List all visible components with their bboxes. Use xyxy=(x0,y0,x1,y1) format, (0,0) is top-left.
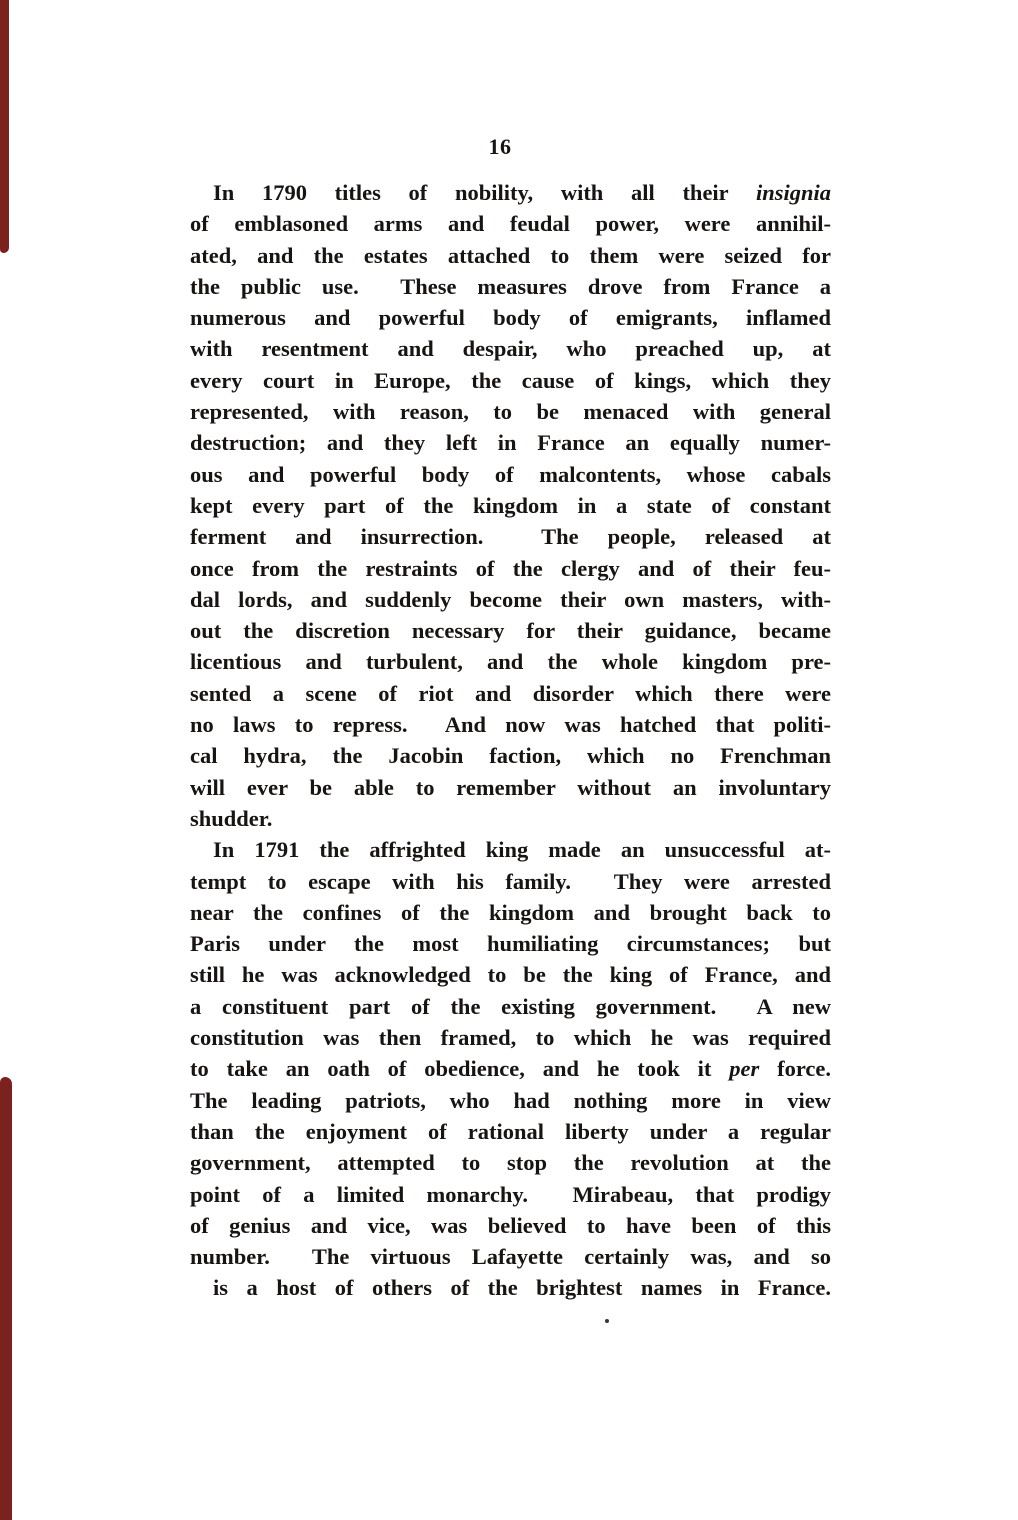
scan-edge-artifact-bottom xyxy=(0,1077,12,1520)
text-line: is a host of others of the brightest nam… xyxy=(190,1272,831,1303)
page-text: In 1790 titles of nobility, with all the… xyxy=(190,177,831,1304)
text-line: number. The virtuous Lafayette certainly… xyxy=(190,1241,831,1272)
page-number: 16 xyxy=(180,134,820,160)
text-line: of genius and vice, was believed to have… xyxy=(190,1210,831,1241)
text-line: sented a scene of riot and disorder whic… xyxy=(190,678,831,709)
text-line: a constituent part of the existing gover… xyxy=(190,991,831,1022)
text-line: dal lords, and suddenly become their own… xyxy=(190,584,831,615)
text-line: once from the restraints of the clergy a… xyxy=(190,553,831,584)
text-line: shudder. xyxy=(190,803,831,834)
text-line: out the discretion necessary for their g… xyxy=(190,615,831,646)
text-line: destruction; and they left in France an … xyxy=(190,427,831,458)
text-line: In 1790 titles of nobility, with all the… xyxy=(190,177,831,208)
text-line: ous and powerful body of malcontents, wh… xyxy=(190,459,831,490)
text-line: the public use. These measures drove fro… xyxy=(190,271,831,302)
scanned-book-page: 16 In 1790 titles of nobility, with all … xyxy=(0,0,1018,1520)
text-line: no laws to repress. And now was hatched … xyxy=(190,709,831,740)
text-line: licentious and turbulent, and the whole … xyxy=(190,646,831,677)
text-line: kept every part of the kingdom in a stat… xyxy=(190,490,831,521)
text-line: with resentment and despair, who preache… xyxy=(190,333,831,364)
text-line: ated, and the estates attached to them w… xyxy=(190,240,831,271)
text-line: represented, with reason, to be menaced … xyxy=(190,396,831,427)
text-line: than the enjoyment of rational liberty u… xyxy=(190,1116,831,1147)
text-line: In 1791 the affrighted king made an unsu… xyxy=(190,834,831,865)
text-line: still he was acknowledged to be the king… xyxy=(190,959,831,990)
text-line: near the confines of the kingdom and bro… xyxy=(190,897,831,928)
text-line: point of a limited monarchy. Mirabeau, t… xyxy=(190,1179,831,1210)
scan-edge-artifact-top xyxy=(0,0,9,253)
text-line: ferment and insurrection. The people, re… xyxy=(190,521,831,552)
ink-speck xyxy=(605,1319,609,1323)
text-line: every court in Europe, the cause of king… xyxy=(190,365,831,396)
text-line: to take an oath of obedience, and he too… xyxy=(190,1053,831,1084)
text-line: government, attempted to stop the revolu… xyxy=(190,1147,831,1178)
text-line: cal hydra, the Jacobin faction, which no… xyxy=(190,740,831,771)
text-line: numerous and powerful body of emigrants,… xyxy=(190,302,831,333)
text-line: will ever be able to remember without an… xyxy=(190,772,831,803)
text-line: The leading patriots, who had nothing mo… xyxy=(190,1085,831,1116)
text-line: tempt to escape with his family. They we… xyxy=(190,866,831,897)
text-line: constitution was then framed, to which h… xyxy=(190,1022,831,1053)
text-line: of emblasoned arms and feudal power, wer… xyxy=(190,208,831,239)
text-line: Paris under the most humiliating circums… xyxy=(190,928,831,959)
